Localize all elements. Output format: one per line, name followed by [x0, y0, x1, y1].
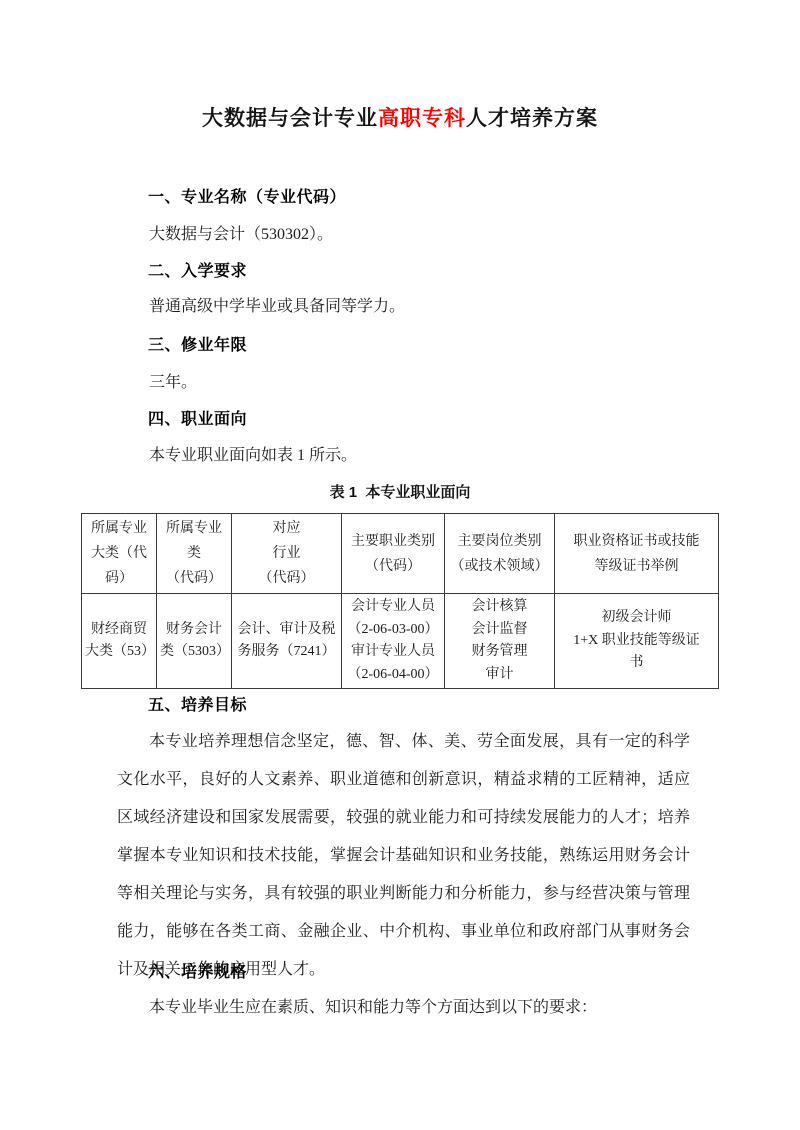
- table-header-row: 所属专业 大类（代 码） 所属专业 类 （代码） 对应 行业 （代码） 主要职业…: [82, 514, 719, 594]
- career-orientation-table: 所属专业 大类（代 码） 所属专业 类 （代码） 对应 行业 （代码） 主要职业…: [81, 513, 719, 689]
- section-body-5: 本专业培养理想信念坚定，德、智、体、美、劳全面发展，具有一定的科学文化水平，良好…: [117, 723, 690, 989]
- cell-major-category: 财经商贸 大类（53）: [82, 594, 157, 689]
- section-body-3: 三年。: [117, 364, 690, 402]
- section-heading-4: 四、职业面向: [148, 408, 247, 432]
- cell-post-category: 会计核算 会计监督 财务管理 审计: [445, 594, 555, 689]
- section-heading-1: 一、专业名称（专业代码）: [148, 186, 346, 210]
- section-heading-2: 二、入学要求: [148, 260, 247, 284]
- header-major-class: 所属专业 类 （代码）: [157, 514, 232, 594]
- document-title: 大数据与会计专业高职专科人才培养方案: [0, 104, 800, 134]
- section-body-1: 大数据与会计（530302）。: [117, 216, 690, 254]
- section-heading-6: 六、培养规格: [148, 961, 247, 985]
- section-heading-5: 五、培养目标: [148, 694, 247, 718]
- section-body-6: 本专业毕业生应在素质、知识和能力等个方面达到以下的要求：: [117, 989, 690, 1027]
- header-industry: 对应 行业 （代码）: [232, 514, 342, 594]
- cell-industry: 会计、审计及税 务服务（7241）: [232, 594, 342, 689]
- title-text-left: 大数据与会计专业: [202, 107, 378, 130]
- title-highlight: 高职专科: [378, 107, 466, 130]
- header-post-category: 主要岗位类别 （或技术领域）: [445, 514, 555, 594]
- document-page: 大数据与会计专业高职专科人才培养方案 一、专业名称（专业代码） 大数据与会计（5…: [0, 0, 800, 1130]
- header-certificates: 职业资格证书或技能 等级证书举例: [555, 514, 719, 594]
- section-heading-3: 三、修业年限: [148, 334, 247, 358]
- header-occupation-category: 主要职业类别 （代码）: [342, 514, 445, 594]
- section-body-4: 本专业职业面向如表 1 所示。: [117, 437, 690, 475]
- section-body-2: 普通高级中学毕业或具备同等学力。: [117, 288, 690, 326]
- cell-certificates: 初级会计师 1+X 职业技能等级证 书: [555, 594, 719, 689]
- cell-occupation-category: 会计专业人员 （2-06-03-00） 审计专业人员 （2-06-04-00）: [342, 594, 445, 689]
- cell-major-class: 财务会计 类（5303）: [157, 594, 232, 689]
- table-caption: 表 1 本专业职业面向: [0, 481, 800, 505]
- header-major-category: 所属专业 大类（代 码）: [82, 514, 157, 594]
- title-text-right: 人才培养方案: [466, 107, 598, 130]
- table-row: 财经商贸 大类（53） 财务会计 类（5303） 会计、审计及税 务服务（724…: [82, 594, 719, 689]
